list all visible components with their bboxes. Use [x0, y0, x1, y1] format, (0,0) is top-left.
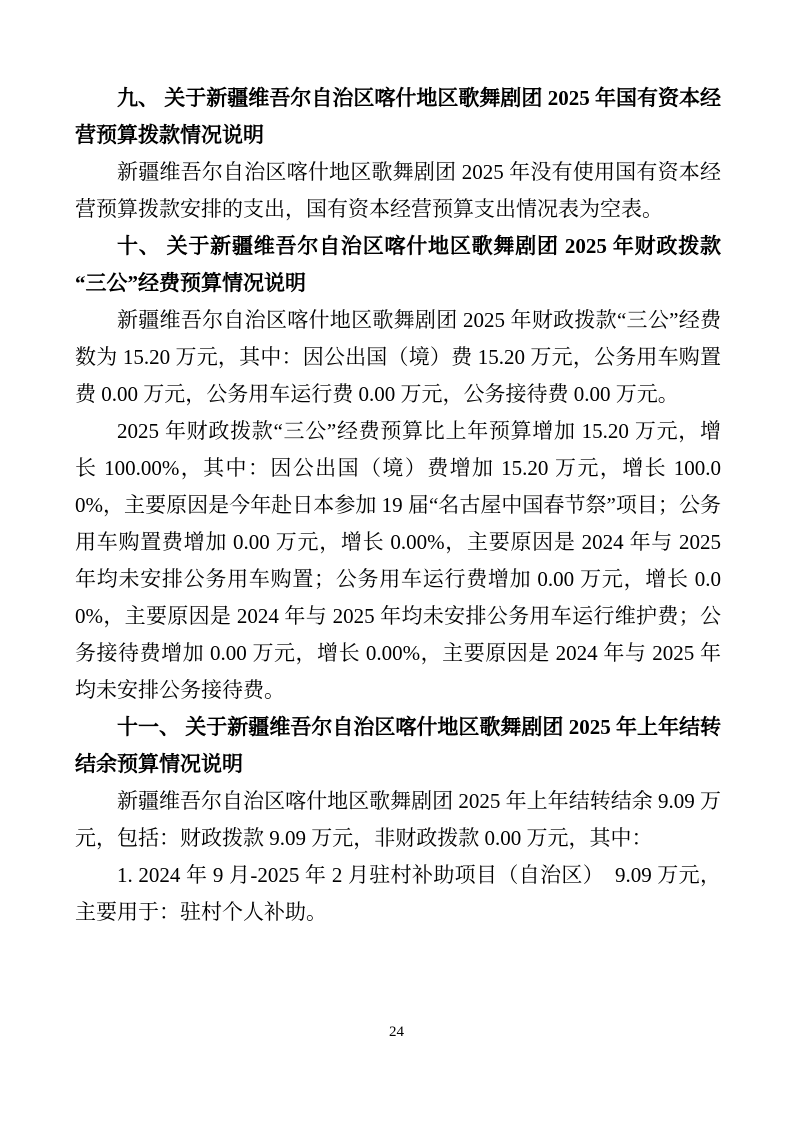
paragraph-three-public-expenses-changes: 2025 年财政拨款“三公”经费预算比上年预算增加 15.20 万元，增长 10… — [75, 413, 721, 709]
page-number: 24 — [0, 1022, 793, 1042]
document-page: 九、 关于新疆维吾尔自治区喀什地区歌舞剧团 2025 年国有资本经营预算拨款情况… — [0, 0, 793, 1122]
section-heading-carryover-balance: 十一、 关于新疆维吾尔自治区喀什地区歌舞剧团 2025 年上年结转结余预算情况说… — [75, 709, 721, 783]
document-body: 九、 关于新疆维吾尔自治区喀什地区歌舞剧团 2025 年国有资本经营预算拨款情况… — [75, 80, 721, 931]
paragraph-carryover-item-1: 1. 2024 年 9 月-2025 年 2 月驻村补助项目（自治区） 9.09… — [75, 857, 721, 931]
paragraph-three-public-expenses-amounts: 新疆维吾尔自治区喀什地区歌舞剧团 2025 年财政拨款“三公”经费数为 15.2… — [75, 302, 721, 413]
paragraph-carryover-balance-summary: 新疆维吾尔自治区喀什地区歌舞剧团 2025 年上年结转结余 9.09 万元，包括… — [75, 783, 721, 857]
section-heading-state-capital-budget: 九、 关于新疆维吾尔自治区喀什地区歌舞剧团 2025 年国有资本经营预算拨款情况… — [75, 80, 721, 154]
paragraph-state-capital-budget-note: 新疆维吾尔自治区喀什地区歌舞剧团 2025 年没有使用国有资本经营预算拨款安排的… — [75, 154, 721, 228]
section-heading-three-public-expenses: 十、 关于新疆维吾尔自治区喀什地区歌舞剧团 2025 年财政拨款“三公”经费预算… — [75, 228, 721, 302]
